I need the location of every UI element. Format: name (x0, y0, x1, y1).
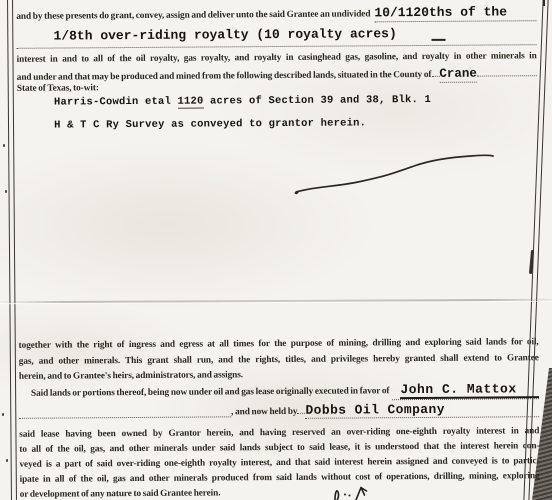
grant-clause-line: and by these presents do grant, convey, … (16, 2, 536, 25)
lessee-fill-field: John C. Mattox (392, 381, 539, 400)
document-page: and by these presents do grant, convey, … (0, 0, 552, 500)
royalty-fill-field: 1/8th over-riding royalty (10 royalty ac… (16, 23, 536, 49)
fraction-fill-field: 10/1120ths of the (374, 2, 536, 22)
land-description-line1: Harris-Cowdin etal 1120 acres of Section… (54, 93, 537, 108)
royalty-fill-value: 1/8th over-riding royalty (10 royalty ac… (53, 26, 396, 43)
holder-fill-leader (297, 413, 305, 414)
left-border-rule (7, 0, 17, 500)
held-by-line: , and now held by Dobbs Oil Company (19, 401, 539, 421)
grant-clause-text: and by these presents do grant, convey, … (16, 7, 370, 24)
ink-speck (3, 144, 5, 147)
land-description-part1: Harris-Cowdin etal (54, 96, 178, 109)
held-by-text: , and now held by (231, 405, 297, 420)
corner-tick-mark (543, 0, 545, 6)
ink-speck (6, 459, 8, 462)
county-fill-trailer (477, 75, 537, 76)
handwriting-fragment (326, 484, 378, 500)
held-by-leader (19, 416, 231, 418)
ink-speck (5, 190, 7, 193)
acreage-value: 1120 (177, 96, 203, 109)
lease-favor-text: Said lands or portions thereof, being no… (19, 384, 390, 401)
closing-paragraph-line5: or development of any nature to said Gra… (20, 484, 540, 500)
county-fill-leader (431, 76, 439, 77)
holder-fill-field: Dobbs Oil Company (305, 401, 539, 419)
land-description-line2: H & T C Ry Survey as conveyed to grantor… (54, 116, 537, 131)
land-description-part2: acres of Section 39 and 38, Blk. 1 (203, 94, 431, 108)
ink-speck (2, 413, 4, 416)
handwritten-dash (432, 39, 446, 41)
handwritten-mark (288, 146, 503, 198)
document-content: and by these presents do grant, convey, … (16, 0, 539, 500)
lease-favor-line: Said lands or portions thereof, being no… (19, 381, 539, 403)
holder-fill-value: Dobbs Oil Company (305, 402, 445, 418)
lessee-fill-value: John C. Mattox (400, 381, 539, 399)
fraction-fill-value: 10/1120ths of the (374, 4, 507, 20)
